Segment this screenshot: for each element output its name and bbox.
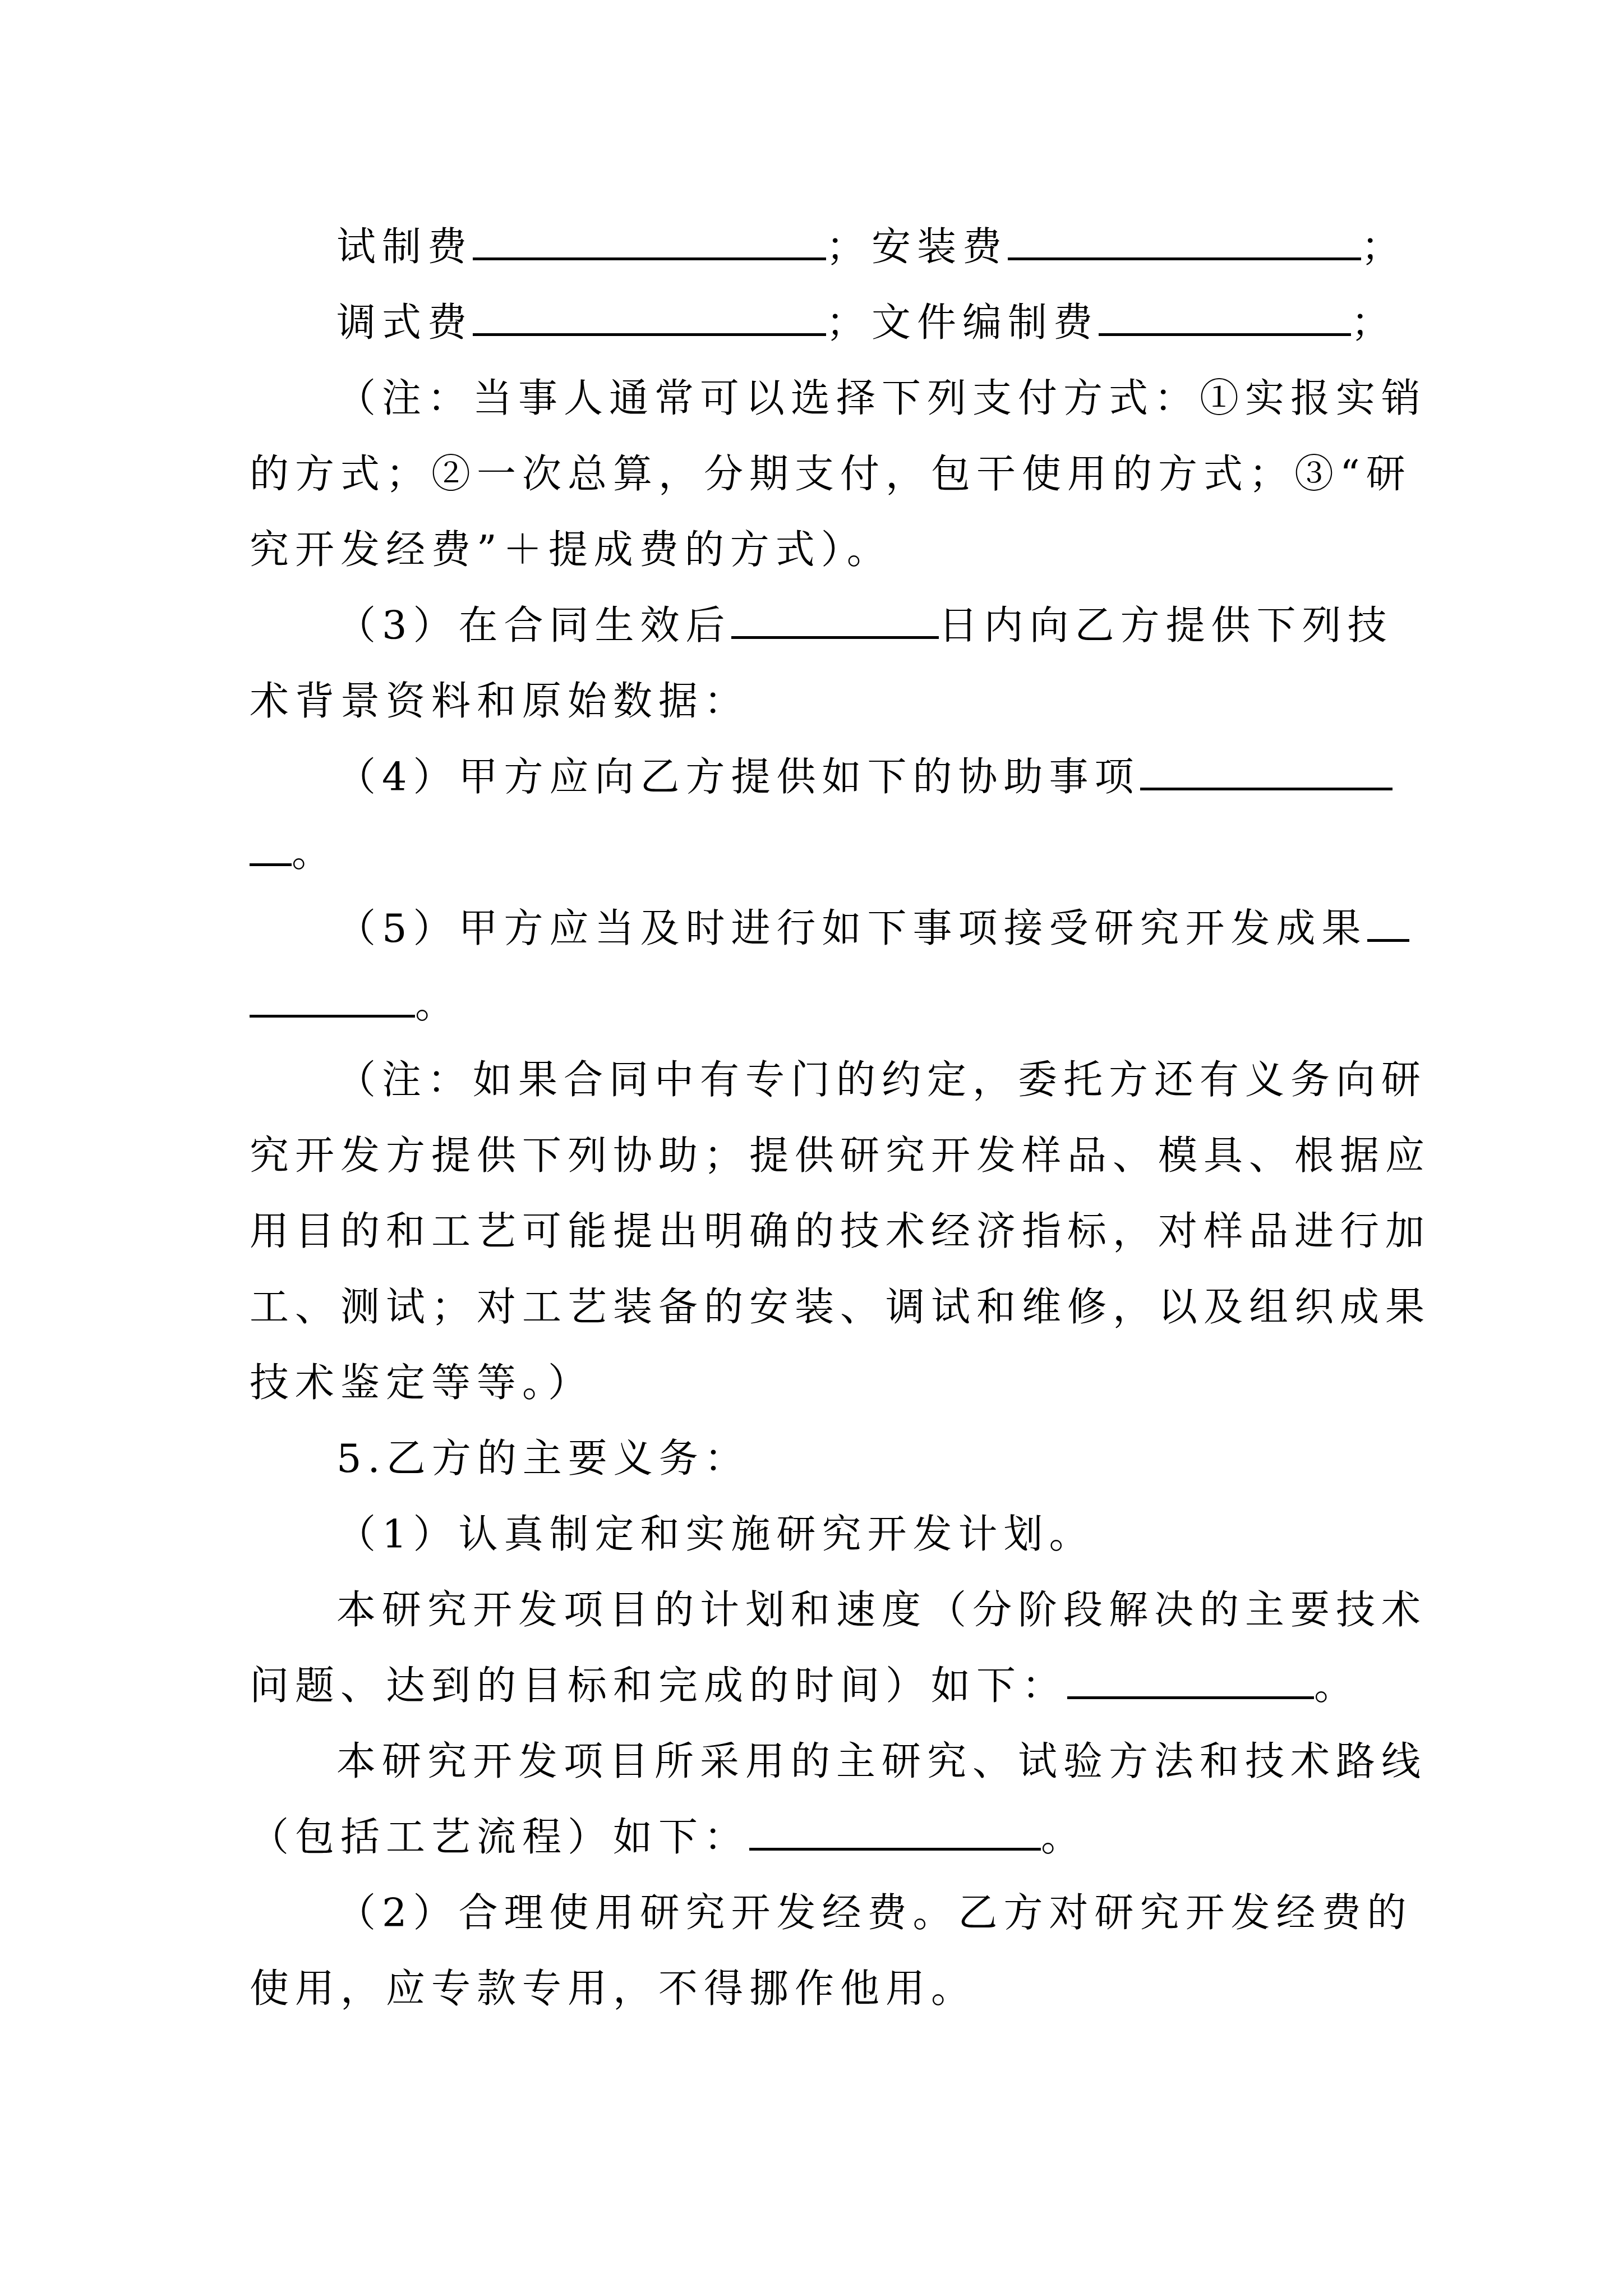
text-line: 5.乙方的主要义务： bbox=[336, 1433, 1475, 1484]
fill-in-blank[interactable] bbox=[473, 224, 826, 260]
text-segment: （1）认真制定和实施研究开发计划。 bbox=[336, 1511, 1095, 1557]
text-segment: 。 bbox=[415, 981, 460, 1027]
text-line: （包括工艺流程）如下：。 bbox=[250, 1812, 1388, 1862]
text-line: 用目的和工艺可能提出明确的技术经济指标，对样品进行加 bbox=[250, 1206, 1388, 1257]
text-segment: 的方式；②一次总算，分期支付，包干使用的方式；③“研 bbox=[250, 451, 1412, 497]
text-segment: （3）在合同生效后 bbox=[336, 602, 731, 648]
text-segment: （注：如果合同中有专门的约定，委托方还有义务向研 bbox=[336, 1057, 1427, 1103]
text-line: （注：当事人通常可以选择下列支付方式：①实报实销 bbox=[336, 373, 1475, 424]
text-segment: 问题、达到的目标和完成的时间）如下： bbox=[250, 1663, 1067, 1709]
text-line: 本研究开发项目的计划和速度（分阶段解决的主要技术 bbox=[336, 1585, 1475, 1635]
fill-in-blank[interactable] bbox=[250, 981, 415, 1018]
text-line: （5）甲方应当及时进行如下事项接受研究开发成果 bbox=[336, 903, 1475, 954]
text-segment: 。 bbox=[1041, 1814, 1086, 1860]
text-segment: ；安装费 bbox=[826, 224, 1008, 270]
text-segment: ； bbox=[1351, 300, 1396, 346]
text-line: 究开发方提供下列协助；提供研究开发样品、模具、根据应 bbox=[250, 1130, 1388, 1181]
text-line: 究开发经费”＋提成费的方式）。 bbox=[250, 524, 1388, 575]
text-segment: 本研究开发项目所采用的主研究、试验方法和技术路线 bbox=[336, 1738, 1427, 1784]
fill-in-blank[interactable] bbox=[731, 602, 939, 639]
text-segment: 试制费 bbox=[336, 224, 473, 270]
text-segment: （5）甲方应当及时进行如下事项接受研究开发成果 bbox=[336, 905, 1367, 951]
text-segment: 5.乙方的主要义务： bbox=[336, 1435, 750, 1481]
text-segment: 究开发经费”＋提成费的方式）。 bbox=[250, 527, 892, 573]
fill-in-blank[interactable] bbox=[473, 300, 826, 336]
text-segment: ；文件编制费 bbox=[826, 300, 1099, 346]
text-line: 的方式；②一次总算，分期支付，包干使用的方式；③“研 bbox=[250, 449, 1388, 499]
text-segment: ； bbox=[1361, 224, 1407, 270]
fill-in-blank[interactable] bbox=[749, 1814, 1041, 1851]
text-segment: （注：当事人通常可以选择下列支付方式：①实报实销 bbox=[336, 375, 1427, 421]
text-segment: 日内向乙方提供下列技 bbox=[939, 602, 1393, 648]
text-line: （注：如果合同中有专门的约定，委托方还有义务向研 bbox=[336, 1055, 1475, 1105]
text-segment: （包括工艺流程）如下： bbox=[250, 1814, 749, 1860]
fill-in-blank[interactable] bbox=[1367, 905, 1409, 942]
text-line: 本研究开发项目所采用的主研究、试验方法和技术路线 bbox=[336, 1736, 1475, 1787]
text-line: （2）合理使用研究开发经费。乙方对研究开发经费的 bbox=[336, 1888, 1475, 1938]
fill-in-blank[interactable] bbox=[250, 830, 292, 866]
fill-in-blank[interactable] bbox=[1067, 1663, 1314, 1699]
text-segment: 。 bbox=[292, 830, 337, 876]
text-line: 术背景资料和原始数据： bbox=[250, 676, 1388, 726]
fill-in-blank[interactable] bbox=[1099, 300, 1351, 336]
text-segment: 。 bbox=[1314, 1663, 1359, 1709]
text-line: （4）甲方应向乙方提供如下的协助事项 bbox=[336, 752, 1475, 802]
text-line: 问题、达到的目标和完成的时间）如下：。 bbox=[250, 1660, 1388, 1711]
text-segment: 技术鉴定等等。） bbox=[250, 1360, 593, 1406]
text-line: 试制费；安装费； bbox=[336, 222, 1475, 272]
text-segment: （4）甲方应向乙方提供如下的协助事项 bbox=[336, 754, 1140, 800]
text-segment: （2）合理使用研究开发经费。乙方对研究开发经费的 bbox=[336, 1890, 1413, 1936]
text-segment: 究开发方提供下列协助；提供研究开发样品、模具、根据应 bbox=[250, 1133, 1431, 1179]
text-segment: 调式费 bbox=[336, 300, 473, 346]
fill-in-blank[interactable] bbox=[1140, 754, 1393, 790]
text-segment: 本研究开发项目的计划和速度（分阶段解决的主要技术 bbox=[336, 1587, 1427, 1633]
text-segment: 使用，应专款专用，不得挪作他用。 bbox=[250, 1966, 976, 2012]
text-line: 使用，应专款专用，不得挪作他用。 bbox=[250, 1963, 1388, 2014]
text-segment: 术背景资料和原始数据： bbox=[250, 678, 749, 724]
fill-in-blank[interactable] bbox=[1008, 224, 1361, 260]
text-line: 。 bbox=[250, 979, 1388, 1029]
text-line: （3）在合同生效后日内向乙方提供下列技 bbox=[336, 600, 1475, 651]
text-line: 技术鉴定等等。） bbox=[250, 1358, 1388, 1408]
text-line: （1）认真制定和实施研究开发计划。 bbox=[336, 1509, 1475, 1559]
text-line: 调式费；文件编制费； bbox=[336, 297, 1475, 348]
text-line: 。 bbox=[250, 827, 1388, 878]
text-segment: 用目的和工艺可能提出明确的技术经济指标，对样品进行加 bbox=[250, 1208, 1431, 1254]
text-segment: 工、测试；对工艺装备的安装、调试和维修，以及组织成果 bbox=[250, 1284, 1431, 1330]
text-line: 工、测试；对工艺装备的安装、调试和维修，以及组织成果 bbox=[250, 1282, 1388, 1332]
document-page: 试制费；安装费；调式费；文件编制费；（注：当事人通常可以选择下列支付方式：①实报… bbox=[0, 0, 1623, 2296]
